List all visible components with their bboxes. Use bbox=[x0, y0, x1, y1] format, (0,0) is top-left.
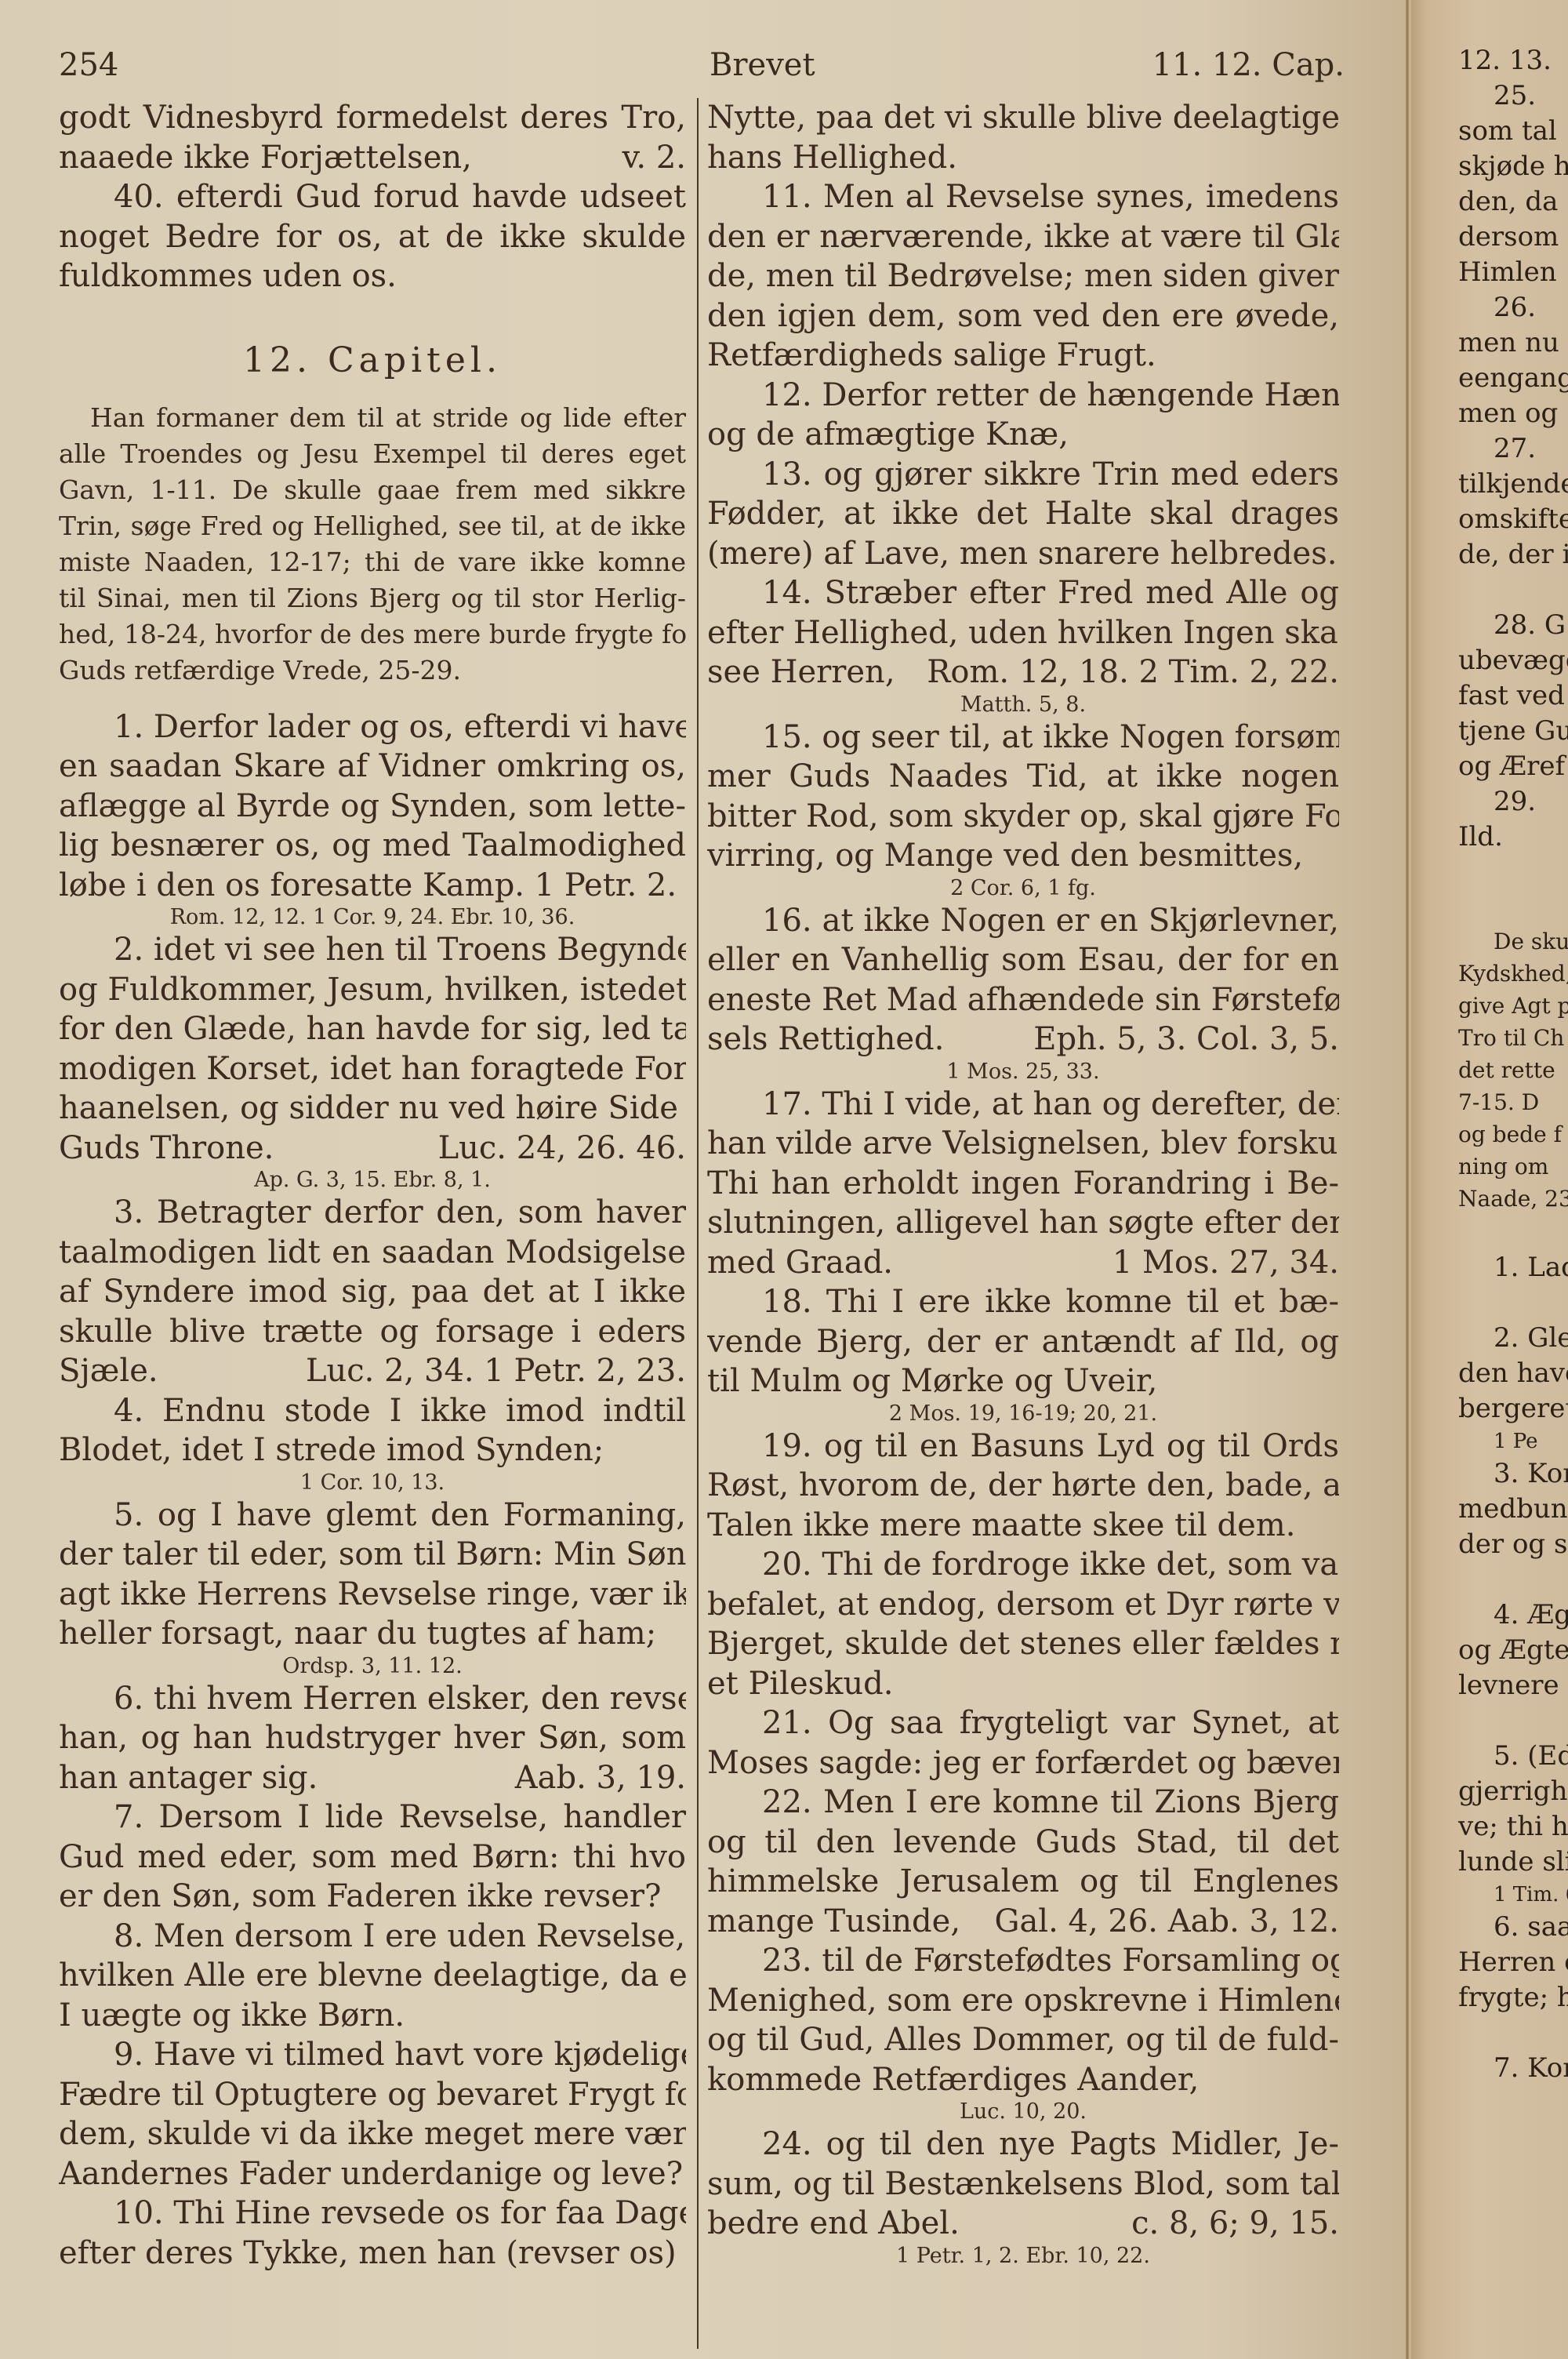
facing-page-line: 26. bbox=[1458, 290, 1568, 325]
facing-page-line: give Agt p bbox=[1458, 990, 1568, 1022]
text-line: vende Bjerg, der er antændt af Ild, og bbox=[707, 1322, 1339, 1362]
text-line: 7. Dersom I lide Revselse, handler bbox=[59, 1797, 686, 1837]
text-line: Bjerget, skulde det stenes eller fældes … bbox=[707, 1624, 1339, 1664]
verse-list: Nytte, paa det vi skulle blive deelagtig… bbox=[707, 98, 1339, 2269]
text-line: sum, og til Bestænkelsens Blod, som tale… bbox=[707, 2165, 1339, 2205]
facing-page-line: Himlen bbox=[1458, 255, 1568, 290]
spacer bbox=[1458, 1703, 1568, 1739]
verse: 22. Men I ere komne til Zions Bjergog ti… bbox=[707, 1783, 1339, 1941]
text-line: skulle blive trætte og forsage i eders bbox=[59, 1312, 686, 1352]
text-line: kommede Retfærdiges Aander, bbox=[707, 2060, 1339, 2100]
verse: 1. Derfor lader og os, efterdi vi haveen… bbox=[59, 707, 686, 931]
text-line: Han formaner dem til at stride og lide e… bbox=[59, 400, 686, 436]
verse: 2. idet vi see hen til Troens Begynderog… bbox=[59, 930, 686, 1193]
cross-reference-note: Ordsp. 3, 11. 12. bbox=[59, 1654, 686, 1679]
text-line: 2. idet vi see hen til Troens Begynder bbox=[59, 930, 686, 970]
facing-page-line: 25. bbox=[1458, 78, 1568, 114]
text-line: mer Guds Naades Tid, at ikke nogen bbox=[707, 757, 1339, 797]
line-text: Guds Throne. bbox=[59, 1129, 274, 1169]
text-line: 6. thi hvem Herren elsker, den revser bbox=[59, 1679, 686, 1719]
facing-page-line: ning om bbox=[1458, 1150, 1568, 1183]
verse: 7. Dersom I lide Revselse, handlerGud me… bbox=[59, 1797, 686, 1917]
text-line: befalet, at endog, dersom et Dyr rørte v… bbox=[707, 1585, 1339, 1625]
chapter-11-ending: godt Vidnesbyrd formedelst deres Tro,naa… bbox=[59, 98, 686, 296]
text-line: Aandernes Fader underdanige og leve? bbox=[59, 2154, 686, 2194]
text-line: for den Glæde, han havde for sig, led ta… bbox=[59, 1009, 686, 1049]
facing-page-line: men nu bbox=[1458, 325, 1568, 361]
cross-reference-note: 1 Petr. 1, 2. Ebr. 10, 22. bbox=[707, 2244, 1339, 2269]
text-line: eneste Ret Mad afhændede sin Førstefød- bbox=[707, 980, 1339, 1020]
cross-reference-note: 1 Mos. 25, 33. bbox=[707, 1060, 1339, 1085]
verse: 10. Thi Hine revsede os for faa Dageefte… bbox=[59, 2194, 686, 2273]
facing-page-line: og Æref bbox=[1458, 749, 1568, 784]
text-line: virring, og Mange ved den besmittes, bbox=[707, 836, 1339, 876]
facing-page-line: tilkjende bbox=[1458, 467, 1568, 502]
cross-reference-note: Rom. 12, 12. 1 Cor. 9, 24. Ebr. 10, 36. bbox=[59, 905, 686, 930]
line-text: med Graad. bbox=[707, 1243, 893, 1283]
left-text-column: godt Vidnesbyrd formedelst deres Tro,naa… bbox=[59, 98, 686, 2273]
text-line: han, og han hudstryger hver Søn, som bbox=[59, 1718, 686, 1758]
text-line: 17. Thi I vide, at han og derefter, der bbox=[707, 1085, 1339, 1125]
text-line: naaede ikke Forjættelsen,v. 2. bbox=[59, 138, 686, 178]
text-line: Sjæle.Luc. 2, 34. 1 Petr. 2, 23. bbox=[59, 1351, 686, 1391]
facing-page-line: tjene Gu bbox=[1458, 714, 1568, 749]
line-text: naaede ikke Forjættelsen, bbox=[59, 138, 472, 178]
facing-page-line: medbundr bbox=[1458, 1492, 1568, 1527]
verse-list: 1. Derfor lader og os, efterdi vi haveen… bbox=[59, 707, 686, 2274]
facing-page-line: Kydskhed, bbox=[1458, 958, 1568, 990]
text-line: alle Troendes og Jesu Exempel til deres … bbox=[59, 436, 686, 472]
text-line: Fødder, at ikke det Halte skal drages bbox=[707, 494, 1339, 534]
line-text: mange Tusinde, bbox=[707, 1902, 960, 1942]
text-line: agt ikke Herrens Revselse ringe, vær ikk… bbox=[59, 1575, 686, 1615]
facing-page-line: Tro til Ch bbox=[1458, 1022, 1568, 1054]
column-divider-rule bbox=[697, 98, 699, 2349]
verse: 3. Betragter derfor den, som havertaalmo… bbox=[59, 1193, 686, 1391]
text-line: et Pileskud. bbox=[707, 1664, 1339, 1704]
text-line: noget Bedre for os, at de ikke skulde bbox=[59, 217, 686, 257]
text-line: Gavn, 1-11. De skulle gaae frem med sikk… bbox=[59, 472, 686, 508]
inline-cross-reference: Gal. 4, 26. Aab. 3, 12. bbox=[995, 1902, 1340, 1942]
facing-page-line: levnere og bbox=[1458, 1668, 1568, 1703]
text-line: eller en Vanhellig som Esau, der for en bbox=[707, 940, 1339, 980]
text-line: 12. Derfor retter de hængende Hænder bbox=[707, 376, 1339, 416]
text-line: 8. Men dersom I ere uden Revselse, i bbox=[59, 1917, 686, 1957]
cross-reference-note: Matth. 5, 8. bbox=[707, 692, 1339, 718]
facing-page-line: ubevæge bbox=[1458, 643, 1568, 678]
verse: 6. thi hvem Herren elsker, den revserhan… bbox=[59, 1679, 686, 1798]
text-line: er den Søn, som Faderen ikke revser? bbox=[59, 1877, 686, 1917]
text-line: den igjen dem, som ved den ere øvede, bbox=[707, 296, 1339, 336]
chapter-summary: Han formaner dem til at stride og lide e… bbox=[59, 400, 686, 689]
text-line: mange Tusinde,Gal. 4, 26. Aab. 3, 12. bbox=[707, 1902, 1339, 1942]
facing-page-line: frygte; hv bbox=[1458, 1980, 1568, 2016]
inline-cross-reference: v. 2. bbox=[622, 138, 686, 178]
facing-page-line: 28. G bbox=[1458, 608, 1568, 643]
chapter-reference: 11. 12. Cap. bbox=[1152, 47, 1345, 83]
verse: 18. Thi I ere ikke komne til et bæ-vende… bbox=[707, 1282, 1339, 1427]
line-text: han antager sig. bbox=[59, 1758, 318, 1798]
facing-page-line: den, da bbox=[1458, 184, 1568, 220]
facing-page-line: ve; thi ha bbox=[1458, 1809, 1568, 1845]
text-line: Thi han erholdt ingen Forandring i Be- bbox=[707, 1164, 1339, 1204]
verse: 14. Stræber efter Fred med Alle ogefter … bbox=[707, 573, 1339, 718]
text-line: og Fuldkommer, Jesum, hvilken, istedet bbox=[59, 970, 686, 1010]
text-line: til Mulm og Mørke og Uveir, bbox=[707, 1361, 1339, 1401]
verse: 23. til de Førstefødtes Forsamling ogMen… bbox=[707, 1941, 1339, 2125]
facing-page-line: de, der i bbox=[1458, 537, 1568, 572]
facing-page-line: Ild. bbox=[1458, 820, 1568, 855]
facing-page-line: det rette bbox=[1458, 1054, 1568, 1086]
facing-page-line: gjerrighed, bbox=[1458, 1774, 1568, 1809]
text-line: Blodet, idet I strede imod Synden; bbox=[59, 1430, 686, 1470]
text-line: haanelsen, og sidder nu ved høire Side a… bbox=[59, 1089, 686, 1129]
chapter-title: 12. Capitel. bbox=[59, 339, 686, 383]
text-line: løbe i den os foresatte Kamp. 1 Petr. 2.… bbox=[59, 866, 686, 906]
line-text: see Herren, bbox=[707, 652, 895, 692]
text-line: Moses sagde: jeg er forfærdet og bæver. bbox=[707, 1743, 1339, 1783]
text-line: himmelske Jerusalem og til Englenes bbox=[707, 1862, 1339, 1902]
text-line: 22. Men I ere komne til Zions Bjerg bbox=[707, 1783, 1339, 1823]
text-line: efter Hellighed, uden hvilken Ingen skal bbox=[707, 613, 1339, 653]
facing-page-line: Herren er bbox=[1458, 1945, 1568, 1980]
left-book-page: 254 Brevet 11. 12. Cap. godt Vidnesbyrd … bbox=[0, 0, 1411, 2359]
spacer bbox=[1458, 890, 1568, 925]
text-line: Gud med eder, som med Børn: thi hvo bbox=[59, 1837, 686, 1877]
text-line: 15. og seer til, at ikke Nogen forsøm- bbox=[707, 718, 1339, 758]
verse: 5. og I have glemt den Formaning,der tal… bbox=[59, 1496, 686, 1679]
facing-page-line: omskiftes bbox=[1458, 502, 1568, 537]
text-line: sels Rettighed.Eph. 5, 3. Col. 3, 5. bbox=[707, 1020, 1339, 1060]
spacer bbox=[1458, 855, 1568, 890]
verse: 9. Have vi tilmed havt vore kjødeligeFæd… bbox=[59, 2035, 686, 2194]
text-line: 21. Og saa frygteligt var Synet, at bbox=[707, 1703, 1339, 1743]
inline-cross-reference: c. 8, 6; 9, 15. bbox=[1131, 2204, 1339, 2244]
text-line: 20. Thi de fordroge ikke det, som var bbox=[707, 1545, 1339, 1585]
text-line: godt Vidnesbyrd formedelst deres Tro, bbox=[59, 98, 686, 138]
text-line: 11. Men al Revselse synes, imedens bbox=[707, 177, 1339, 217]
inline-cross-reference: Aab. 3, 19. bbox=[515, 1758, 686, 1798]
cross-reference-note: Luc. 10, 20. bbox=[707, 2099, 1339, 2125]
facing-page-line: De sku bbox=[1458, 925, 1568, 958]
text-line: modigen Korset, idet han foragtede For- bbox=[59, 1049, 686, 1089]
verse: 4. Endnu stode I ikke imod indtilBlodet,… bbox=[59, 1391, 686, 1496]
text-line: Guds retfærdige Vrede, 25-29. bbox=[59, 652, 686, 689]
inline-cross-reference: Luc. 24, 26. 46. bbox=[438, 1129, 686, 1169]
inline-cross-reference: 1 Mos. 27, 34. bbox=[1112, 1243, 1339, 1283]
facing-page-line: Naade, 23 bbox=[1458, 1183, 1568, 1215]
text-line: 4. Endnu stode I ikke imod indtil bbox=[59, 1391, 686, 1431]
right-text-column: Nytte, paa det vi skulle blive deelagtig… bbox=[707, 98, 1339, 2269]
text-line: Menighed, som ere opskrevne i Himlene, bbox=[707, 1981, 1339, 2021]
verse: 16. at ikke Nogen er en Skjørlevner,elle… bbox=[707, 901, 1339, 1085]
facing-page-fragment: 12. 13.25. som talskjøde hden, dadersomH… bbox=[1411, 0, 1568, 2359]
facing-page-line: og bede f bbox=[1458, 1118, 1568, 1150]
facing-page-text: 12. 13.25. som talskjøde hden, dadersomH… bbox=[1458, 43, 1568, 2086]
facing-page-line: 1. Lad bbox=[1458, 1250, 1568, 1285]
verse: 21. Og saa frygteligt var Synet, atMoses… bbox=[707, 1703, 1339, 1783]
text-line: 18. Thi I ere ikke komne til et bæ- bbox=[707, 1282, 1339, 1322]
verse: 13. og gjører sikkre Trin med edersFødde… bbox=[707, 455, 1339, 574]
text-line: Fædre til Optugtere og bevaret Frygt for bbox=[59, 2075, 686, 2115]
spacer bbox=[1458, 1215, 1568, 1250]
text-line: af Syndere imod sig, paa det at I ikke bbox=[59, 1272, 686, 1312]
text-line: 9. Have vi tilmed havt vore kjødelige bbox=[59, 2035, 686, 2075]
text-line: dem, skulde vi da ikke meget mere være d… bbox=[59, 2114, 686, 2154]
text-line: 19. og til en Basuns Lyd og til Ords bbox=[707, 1427, 1339, 1467]
facing-page-line: fast ved bbox=[1458, 678, 1568, 714]
verse: 20. Thi de fordroge ikke det, som varbef… bbox=[707, 1545, 1339, 1703]
text-line: see Herren,Rom. 12, 18. 2 Tim. 2, 22. bbox=[707, 652, 1339, 692]
running-title: Brevet bbox=[710, 47, 815, 83]
facing-page-line: 3. Kon bbox=[1458, 1456, 1568, 1492]
text-line: til Sinai, men til Zions Bjerg og til st… bbox=[59, 580, 686, 616]
text-line: Talen ikke mere maatte skee til dem. bbox=[707, 1506, 1339, 1546]
text-line: Retfærdigheds salige Frugt. bbox=[707, 336, 1339, 376]
text-line: miste Naaden, 12-17; thi de vare ikke ko… bbox=[59, 544, 686, 580]
facing-page-line: 4. Ægt bbox=[1458, 1598, 1568, 1633]
facing-page-line: 2. Gle bbox=[1458, 1321, 1568, 1356]
inline-cross-reference: Eph. 5, 3. Col. 3, 5. bbox=[1033, 1020, 1339, 1060]
facing-page-line: men og bbox=[1458, 396, 1568, 431]
text-line: aflægge al Byrde og Synden, som lette- bbox=[59, 787, 686, 827]
text-line: 13. og gjører sikkre Trin med eders bbox=[707, 455, 1339, 495]
text-line: heller forsagt, naar du tugtes af ham; bbox=[59, 1614, 686, 1654]
cross-reference-note: 2 Mos. 19, 16-19; 20, 21. bbox=[707, 1401, 1339, 1427]
line-text: Sjæle. bbox=[59, 1351, 158, 1391]
text-line: (mere) af Lave, men snarere helbredes. bbox=[707, 534, 1339, 574]
text-line: efter deres Tykke, men han (revser os) t… bbox=[59, 2234, 686, 2274]
text-line: han antager sig.Aab. 3, 19. bbox=[59, 1758, 686, 1798]
cross-reference-note: Ap. G. 3, 15. Ebr. 8, 1. bbox=[59, 1168, 686, 1193]
text-line: med Graad.1 Mos. 27, 34. bbox=[707, 1243, 1339, 1283]
text-line: 40. efterdi Gud forud havde udseet bbox=[59, 177, 686, 217]
facing-page-line: 7. Kom bbox=[1458, 2051, 1568, 2086]
verse: 24. og til den nye Pagts Midler, Je-sum,… bbox=[707, 2125, 1339, 2269]
text-line: de, men til Bedrøvelse; men siden giver bbox=[707, 256, 1339, 296]
text-line: og de afmægtige Knæ, bbox=[707, 415, 1339, 455]
facing-page-line: eengang bbox=[1458, 361, 1568, 396]
text-line: Guds Throne.Luc. 24, 26. 46. bbox=[59, 1129, 686, 1169]
facing-page-line: 27. bbox=[1458, 431, 1568, 467]
text-line: han vilde arve Velsignelsen, blev forsku… bbox=[707, 1124, 1339, 1164]
text-line: der taler til eder, som til Børn: Min Sø… bbox=[59, 1535, 686, 1575]
facing-page-line: der og selv bbox=[1458, 1527, 1568, 1562]
facing-page-line: 7-15. D bbox=[1458, 1086, 1568, 1118]
facing-page-line: skjøde h bbox=[1458, 149, 1568, 184]
facing-page-line: 5. (Ede bbox=[1458, 1739, 1568, 1774]
verse: 19. og til en Basuns Lyd og til OrdsRøst… bbox=[707, 1427, 1339, 1546]
verse: 8. Men dersom I ere uden Revselse, ihvil… bbox=[59, 1917, 686, 2036]
text-line: den er nærværende, ikke at være til Glæ- bbox=[707, 217, 1339, 257]
page-number: 254 bbox=[59, 47, 118, 83]
text-line: bitter Rod, som skyder op, skal gjøre Fo… bbox=[707, 797, 1339, 837]
facing-page-line: dersom bbox=[1458, 220, 1568, 255]
text-line: 14. Stræber efter Fred med Alle og bbox=[707, 573, 1339, 613]
text-line: 23. til de Førstefødtes Forsamling og bbox=[707, 1941, 1339, 1981]
verse: 17. Thi I vide, at han og derefter, derh… bbox=[707, 1085, 1339, 1283]
text-line: hans Hellighed. bbox=[707, 138, 1339, 178]
facing-page-line: 1 Pe bbox=[1458, 1427, 1568, 1456]
facing-page-line: og Ægtese bbox=[1458, 1633, 1568, 1668]
text-line: og til Gud, Alles Dommer, og til de fuld… bbox=[707, 2020, 1339, 2060]
facing-page-line: 1 Tim. 6, bbox=[1458, 1880, 1568, 1910]
facing-page-line: 29. bbox=[1458, 784, 1568, 820]
cross-reference-note: 1 Cor. 10, 13. bbox=[59, 1470, 686, 1496]
facing-page-line: den have bbox=[1458, 1356, 1568, 1391]
facing-page-line: som tal bbox=[1458, 114, 1568, 149]
spacer bbox=[1458, 1562, 1568, 1598]
spacer bbox=[1458, 1285, 1568, 1321]
text-line: bedre end Abel.c. 8, 6; 9, 15. bbox=[707, 2204, 1339, 2244]
text-line: Røst, hvorom de, der hørte den, bade, at bbox=[707, 1466, 1339, 1506]
text-line: 1. Derfor lader og os, efterdi vi have bbox=[59, 707, 686, 747]
book-gutter bbox=[1406, 0, 1409, 2359]
facing-page-line: 6. saa bbox=[1458, 1910, 1568, 1945]
text-line: taalmodigen lidt en saadan Modsigelse bbox=[59, 1233, 686, 1273]
text-line: 5. og I have glemt den Formaning, bbox=[59, 1496, 686, 1536]
verse-continuation: Nytte, paa det vi skulle blive deelagtig… bbox=[707, 98, 1339, 177]
verse: 15. og seer til, at ikke Nogen forsøm-me… bbox=[707, 718, 1339, 901]
text-line: lig besnærer os, og med Taalmodighed bbox=[59, 826, 686, 866]
line-text: bedre end Abel. bbox=[707, 2204, 960, 2244]
text-line: 16. at ikke Nogen er en Skjørlevner, bbox=[707, 901, 1339, 941]
line-text: sels Rettighed. bbox=[707, 1020, 944, 1060]
text-line: Nytte, paa det vi skulle blive deelagtig… bbox=[707, 98, 1339, 138]
cross-reference-note: 2 Cor. 6, 1 fg. bbox=[707, 876, 1339, 901]
spacer bbox=[1458, 572, 1568, 608]
verse: 12. Derfor retter de hængende Hænderog d… bbox=[707, 376, 1339, 455]
text-line: 3. Betragter derfor den, som haver bbox=[59, 1193, 686, 1233]
text-line: I uægte og ikke Børn. bbox=[59, 1996, 686, 2036]
text-line: slutningen, alligevel han søgte efter de… bbox=[707, 1203, 1339, 1243]
text-line: en saadan Skare af Vidner omkring os, bbox=[59, 747, 686, 787]
text-line: 10. Thi Hine revsede os for faa Dage bbox=[59, 2194, 686, 2234]
facing-page-line: 12. 13. bbox=[1458, 43, 1568, 78]
spacer bbox=[1458, 2016, 1568, 2051]
text-line: Trin, søge Fred og Hellighed, see til, a… bbox=[59, 508, 686, 544]
text-line: hed, 18-24, hvorfor de des mere burde fr… bbox=[59, 616, 686, 652]
facing-page-line: bergeret bbox=[1458, 1391, 1568, 1427]
text-line: fuldkommes uden os. bbox=[59, 256, 686, 296]
verse: 11. Men al Revselse synes, imedensden er… bbox=[707, 177, 1339, 376]
running-header: 254 Brevet 11. 12. Cap. bbox=[59, 47, 1345, 94]
inline-cross-reference: Luc. 2, 34. 1 Petr. 2, 23. bbox=[306, 1351, 686, 1391]
inline-cross-reference: Rom. 12, 18. 2 Tim. 2, 22. bbox=[927, 652, 1339, 692]
facing-page-line: lunde slipp bbox=[1458, 1845, 1568, 1880]
text-line: hvilken Alle ere blevne deelagtige, da e… bbox=[59, 1956, 686, 1996]
text-line: og til den levende Guds Stad, til det bbox=[707, 1823, 1339, 1863]
text-line: 24. og til den nye Pagts Midler, Je- bbox=[707, 2125, 1339, 2165]
